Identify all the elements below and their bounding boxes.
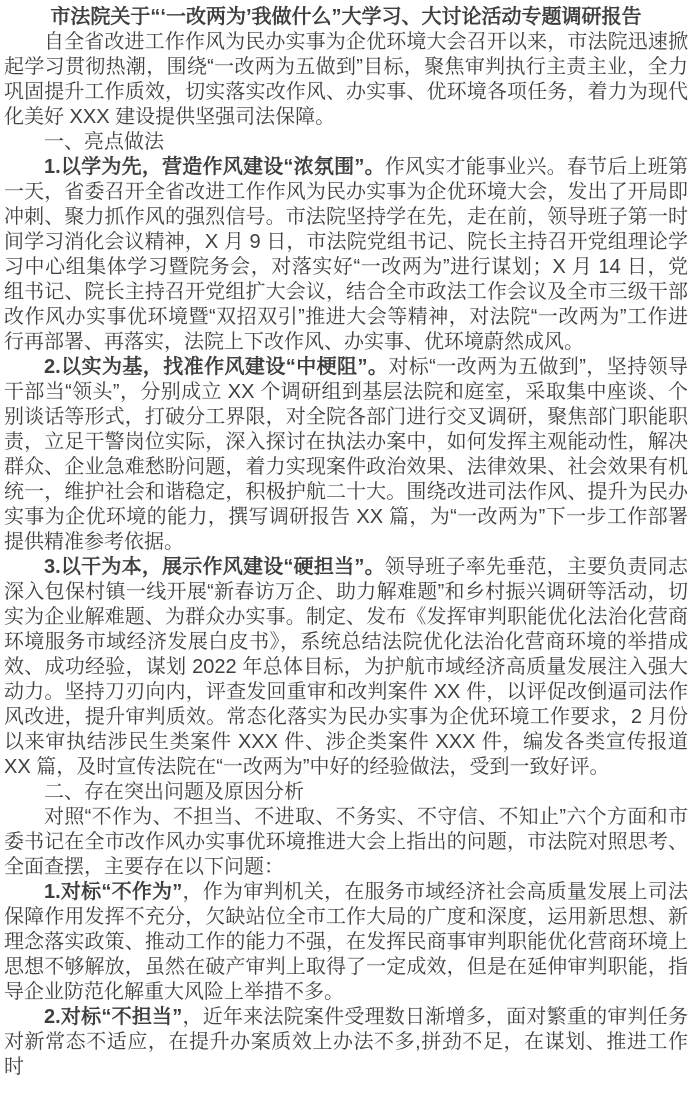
paragraph-lead: 2.对标“不担当” [44, 1006, 182, 1028]
paragraph-lead: 2.以实为基，找准作风建设“中梗阻”。 [44, 356, 388, 378]
paragraph: 自全省改进工作作风为民办实事为企优环境大会召开以来，市法院迅速掀起学习贯彻热潮，… [4, 30, 688, 130]
paragraph-lead: 1.以学为先，营造作风建设“浓氛围”。 [44, 156, 385, 178]
paragraph: 1.以学为先，营造作风建设“浓氛围”。作风实才能事业兴。春节后上班第一天，省委召… [4, 155, 688, 355]
paragraph: 1.对标“不作为”，作为审判机关，在服务市域经济社会高质量发展上司法保障作用发挥… [4, 880, 688, 1005]
section-heading: 一、亮点做法 [4, 130, 688, 155]
document-title: 市法院关于“‘一改两为’我做什么”大学习、大讨论活动专题调研报告 [4, 5, 688, 30]
paragraph: 对照“不作为、不担当、不进取、不务实、不守信、不知止”六个方面和市委书记在全市改… [4, 805, 688, 880]
paragraph: 2.对标“不担当”，近年来法院案件受理数日渐增多，面对繁重的审判任务对新常态不适… [4, 1005, 688, 1080]
paragraph-lead: 3.以干为本，展示作风建设“硬担当”。 [44, 556, 385, 578]
paragraph: 2.以实为基，找准作风建设“中梗阻”。对标“一改两为五做到”，坚持领导干部当“领… [4, 355, 688, 555]
paragraph-lead: 1.对标“不作为” [44, 881, 182, 903]
paragraph: 3.以干为本，展示作风建设“硬担当”。领导班子率先垂范，主要负责同志深入包保村镇… [4, 555, 688, 780]
section-heading: 二、存在突出问题及原因分析 [4, 780, 688, 805]
document-body: 自全省改进工作作风为民办实事为企优环境大会召开以来，市法院迅速掀起学习贯彻热潮，… [4, 30, 688, 1080]
document-page: 市法院关于“‘一改两为’我做什么”大学习、大讨论活动专题调研报告 自全省改进工作… [0, 0, 693, 1097]
